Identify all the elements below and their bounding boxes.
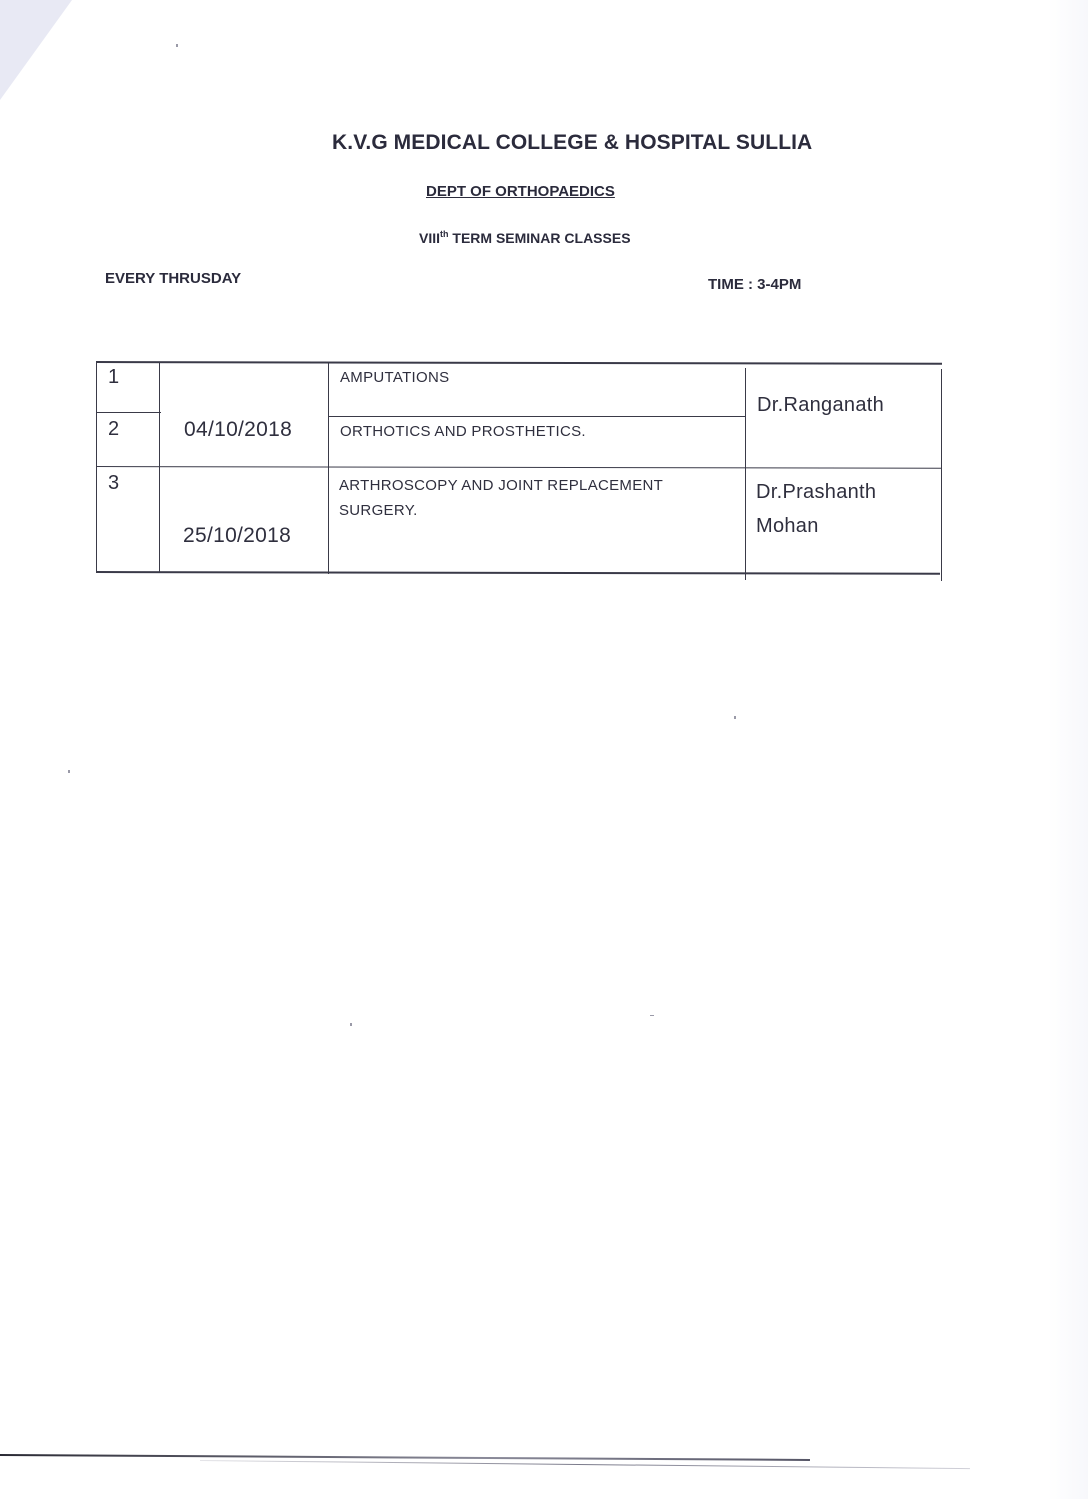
table-col-divider-3 — [745, 368, 746, 580]
table-divider-row2 — [96, 466, 942, 469]
scan-speck — [176, 44, 178, 47]
scan-speck — [650, 1015, 654, 1016]
scan-edge-shadow — [1048, 0, 1088, 1499]
doctor-1: Dr.Ranganath — [757, 388, 884, 422]
table-col-divider-1 — [159, 362, 160, 573]
term-prefix: VIII — [419, 230, 440, 246]
term-suffix: TERM SEMINAR CLASSES — [449, 230, 631, 246]
row-number-1: 1 — [108, 366, 119, 389]
table-col-divider-2 — [328, 363, 329, 574]
seminar-table: 1 2 3 04/10/2018 25/10/2018 AMPUTATIONS … — [0, 0, 1088, 1499]
table-border-right — [941, 369, 942, 581]
scan-edge-line — [200, 1460, 970, 1469]
scan-corner-fold — [0, 0, 72, 100]
scan-speck — [68, 770, 70, 773]
seminar-date-1: 04/10/2018 — [184, 418, 292, 442]
schedule-day: EVERY THRUSDAY — [105, 270, 241, 287]
topic-2: ORTHOTICS AND PROSTHETICS. — [340, 419, 586, 444]
row-number-2: 2 — [108, 418, 119, 441]
scan-speck — [350, 1023, 352, 1026]
seminar-date-2: 25/10/2018 — [183, 524, 291, 548]
table-border-top — [96, 361, 942, 365]
topic-1: AMPUTATIONS — [340, 365, 449, 390]
table-border-bottom — [96, 571, 940, 575]
doctor-2-line2: Mohan — [756, 509, 819, 543]
department-heading: DEPT OF ORTHOPAEDICS — [426, 183, 615, 200]
scan-edge-line — [0, 1454, 810, 1461]
topic-3-line2: SURGERY. — [339, 498, 418, 523]
term-superscript: th — [440, 229, 449, 239]
topic-3-line1: ARTHROSCOPY AND JOINT REPLACEMENT — [339, 473, 663, 498]
table-border-left — [96, 361, 97, 572]
table-divider-row1 — [96, 412, 161, 413]
table-divider-row1-topic — [328, 416, 746, 417]
term-heading: VIIIth TERM SEMINAR CLASSES — [419, 229, 631, 246]
row-number-3: 3 — [108, 472, 119, 495]
schedule-time: TIME : 3-4PM — [708, 276, 801, 293]
doctor-2-line1: Dr.Prashanth — [756, 475, 876, 509]
scan-speck — [734, 716, 736, 719]
institution-title: K.V.G MEDICAL COLLEGE & HOSPITAL SULLIA — [332, 131, 812, 155]
